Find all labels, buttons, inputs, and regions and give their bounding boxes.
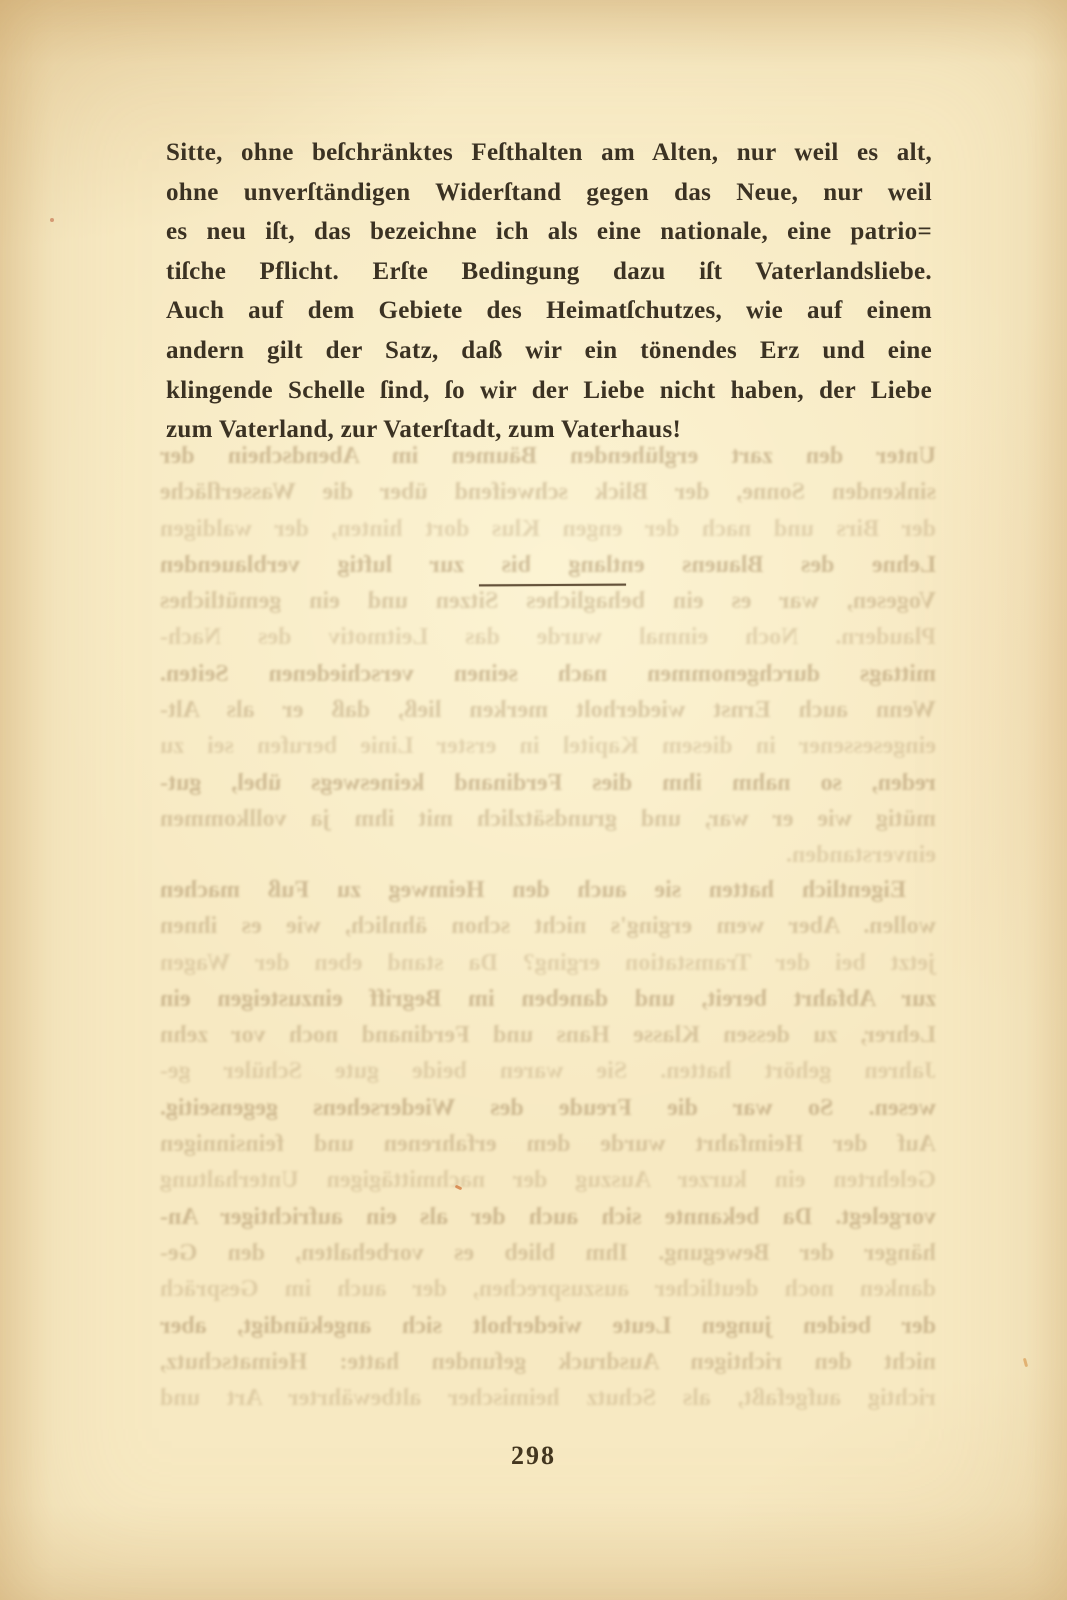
- ghost-text-line: danken noch deutlicher auszusprechen, de…: [160, 1271, 936, 1307]
- ghost-text-line: Auf der Heimfahrt wurde dem erfahrenen u…: [160, 1126, 936, 1162]
- show-through-text-block-1: Unter den zart erglühenden Bäumen im Abe…: [160, 438, 936, 874]
- paper-speck: [1023, 1358, 1028, 1367]
- text-line: Sitte, ohne beſchränktes Feſthalten am A…: [166, 133, 932, 173]
- text-line: Auch auf dem Gebiete des Heimatſchutzes,…: [166, 291, 932, 331]
- ghost-text-line: mittags durchgenommen nach seinen versch…: [160, 656, 936, 692]
- ghost-text-line: eingesessener in diesem Kapitel in erste…: [160, 728, 936, 764]
- ghost-text-line: der beiden jungen Leute wiederholt sich …: [160, 1308, 936, 1344]
- ghost-text-line: Jahren gehört hatten. Sie waren beide gu…: [160, 1053, 936, 1089]
- ghost-text-line: Plaudern. Noch einmal wurde das Leitmoti…: [160, 619, 936, 655]
- ghost-text-line: Vogesen, war es ein behagliches Sitzen u…: [160, 583, 936, 619]
- text-line: andern gilt der Satz, daß wir ein tönend…: [166, 331, 932, 371]
- ghost-text-line: sinkenden Sonne, der Blick schweifend üb…: [160, 474, 936, 510]
- page-number: 298: [0, 1441, 1067, 1471]
- ghost-text-line: Lehrer, zu dessen Klasse Hans und Ferdin…: [160, 1017, 936, 1053]
- paper-speck: [527, 1452, 530, 1455]
- ghost-text-line: Wenn auch Ernst wiederholt merken ließ, …: [160, 692, 936, 728]
- ghost-text-line: einverstanden.: [160, 837, 936, 873]
- show-through-text-block-2: Eigentlich hatten sie auch den Heimweg z…: [160, 872, 936, 1416]
- ghost-text-line: Gelehrten ein kurzer Auszug der nachmitt…: [160, 1162, 936, 1198]
- ghost-text-line: hänger der Bewegung. Ihm blieb es vorbeh…: [160, 1235, 936, 1271]
- ghost-text-line: zur Abfahrt bereit, und daneben im Begri…: [160, 981, 936, 1017]
- text-line: ohne unverſtändigen Widerſtand gegen das…: [166, 173, 932, 213]
- text-line: klingende Schelle ſind, ſo wir der Liebe…: [166, 371, 932, 411]
- ghost-text-line: wesen. So war die Freude des Wiedersehen…: [160, 1090, 936, 1126]
- ghost-text-line: wollen. Aber wem erging's nicht schon äh…: [160, 908, 936, 944]
- ghost-text-line: Unter den zart erglühenden Bäumen im Abe…: [160, 438, 936, 474]
- ghost-text-line: jetzt bei der Tramstation erging? Da sta…: [160, 945, 936, 981]
- ghost-text-line: nicht den richtigen Ausdruck gefunden ha…: [160, 1344, 936, 1380]
- body-text-paragraph: Sitte, ohne beſchränktes Feſthalten am A…: [166, 133, 932, 450]
- ghost-text-line: reden, so nahm ihm dies Ferdinand keines…: [160, 765, 936, 801]
- text-line: es neu iſt, das bezeichne ich als eine n…: [166, 212, 932, 252]
- ghost-text-line: richtig aufgefaßt, als Schutz heimischer…: [160, 1380, 936, 1416]
- ghost-text-line: Eigentlich hatten sie auch den Heimweg z…: [160, 872, 936, 908]
- ghost-text-line: Lehne des Blauens entlang bis zur luftig…: [160, 547, 936, 583]
- ghost-text-line: mütig wie er war, und grundsätzlich mit …: [160, 801, 936, 837]
- ghost-text-line: der Birs und nach der engen Klus dort hi…: [160, 511, 936, 547]
- scanned-book-page: Sitte, ohne beſchränktes Feſthalten am A…: [0, 0, 1067, 1600]
- ghost-text-line: vorgelegt. Da bekannte sich auch der als…: [160, 1199, 936, 1235]
- text-line: tiſche Pflicht. Erſte Bedingung dazu iſt…: [166, 252, 932, 292]
- paper-speck: [50, 218, 54, 222]
